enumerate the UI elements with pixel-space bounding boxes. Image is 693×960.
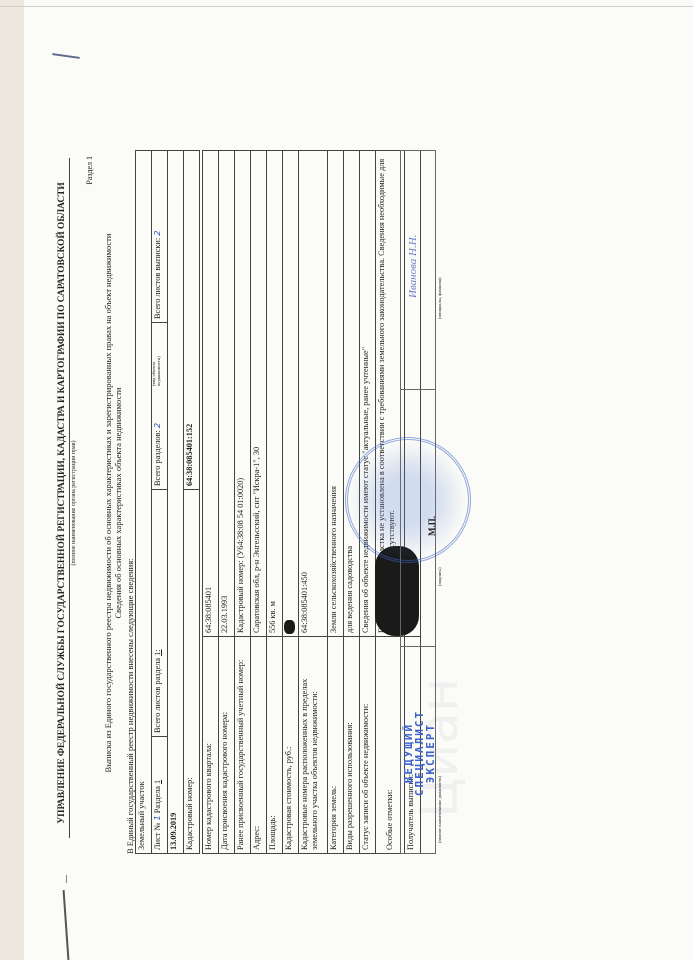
row-value: 64:38:085401:450 xyxy=(299,151,328,637)
row-value: для ведения садоводства xyxy=(344,151,360,637)
section-label: Раздела xyxy=(153,786,162,813)
extract-date: 13.09.2019 xyxy=(168,151,184,854)
sheets-in-section-label: Всего листов раздела xyxy=(153,658,162,733)
object-type: Земельный участок xyxy=(136,151,152,854)
sheets-total: Всего листов выписки: 2 xyxy=(152,151,168,323)
position-cell: ВЕДУЩИЙ СПЕЦИАЛИСТ ЭКСПЕРТ (полное наиме… xyxy=(401,647,436,854)
section-value: 1 xyxy=(153,780,162,784)
position-stamp: ВЕДУЩИЙ СПЕЦИАЛИСТ ЭКСПЕРТ xyxy=(403,683,436,823)
sections-total-value: 2 xyxy=(152,423,162,428)
cadastral-value-redacted xyxy=(283,151,299,637)
sheets-total-value: 2 xyxy=(152,230,162,235)
sheet-value: 1 xyxy=(152,815,162,820)
sheets-total-label: Всего листов выписки: xyxy=(153,238,162,319)
row-label: Номер кадастрового квартала: xyxy=(203,637,219,854)
row-label: Кадастровая стоимость, руб.: xyxy=(283,637,299,854)
table-row: Ранее присвоенный государственный учетны… xyxy=(235,151,251,854)
issuer-subtitle: (полное наименование органа регистрации … xyxy=(71,148,78,858)
scan-edge xyxy=(0,0,24,960)
row-value: Саратовская обл, р-н Энгельсский, снт "И… xyxy=(251,151,267,637)
sheets-in-section: Всего листов раздела 1: (вид объекта нед… xyxy=(152,490,168,737)
extract-subheading: Сведения об основных характеристиках объ… xyxy=(113,148,123,858)
signature-caption: (подпись) xyxy=(437,567,442,586)
sheet-info: Лист № 1 Раздела 1 xyxy=(152,737,168,854)
row-label: Площадь: xyxy=(267,637,283,854)
sections-total: Всего разделов: 2 xyxy=(152,323,168,490)
signer-name: Иванова Н.Н. xyxy=(407,235,420,298)
sections-total-label: Всего разделов: xyxy=(153,430,162,486)
scan-top-line xyxy=(0,6,693,7)
row-label: Кадастровые номера расположенных в преде… xyxy=(299,637,328,854)
row-value: 556 кв. м xyxy=(267,151,283,637)
extract-heading: Выписка из Единого государственного реес… xyxy=(103,148,113,858)
cadastral-number: 64:38:085401:152 xyxy=(184,151,200,490)
table-row: Номер кадастрового квартала:64:38:085401 xyxy=(203,151,219,854)
table-row: Адрес:Саратовская обл, р-н Энгельсский, … xyxy=(251,151,267,854)
row-value: 22.03.1993 xyxy=(219,151,235,637)
row-value: Кадастровый номер: (У64:38:08 54 01:0020… xyxy=(235,151,251,637)
row-label: Статус записи об объекте недвижимости: xyxy=(360,637,376,854)
sheets-in-section-value: 1: xyxy=(153,649,162,655)
row-label: Виды разрешенного использования: xyxy=(344,637,360,854)
position-caption: (полное наименование должности) xyxy=(437,776,442,843)
row-label: Категория земель: xyxy=(328,637,344,854)
name-caption: (инициалы, фамилия) xyxy=(437,278,442,320)
table-row: Кадастровые номера расположенных в преде… xyxy=(299,151,328,854)
row-label: Адрес: xyxy=(251,637,267,854)
extract-page: УПРАВЛЕНИЕ ФЕДЕРАЛЬНОЙ СЛУЖБЫ ГОСУДАРСТВ… xyxy=(55,148,485,858)
section-number: Раздел 1 xyxy=(85,156,95,185)
seal-label: М.П. xyxy=(427,516,438,536)
extract-intro: В Единый государственный реестр недвижим… xyxy=(125,559,135,855)
row-value: Сведения об объекте недвижимости имеют с… xyxy=(360,151,376,637)
title-rule xyxy=(69,158,70,838)
cadastral-label: Кадастровый номер: xyxy=(184,490,200,854)
row-label: Дата присвоения кадастрового номера: xyxy=(219,637,235,854)
row-label: Ранее присвоенный государственный учетны… xyxy=(235,637,251,854)
official-seal xyxy=(345,437,471,563)
issuer-title: УПРАВЛЕНИЕ ФЕДЕРАЛЬНОЙ СЛУЖБЫ ГОСУДАРСТВ… xyxy=(57,148,68,858)
pen-mark xyxy=(52,53,80,59)
row-value: Земли сельскохозяйственного назначения xyxy=(328,151,344,637)
table-row: Площадь:556 кв. м xyxy=(267,151,283,854)
table-row: Кадастровая стоимость, руб.: xyxy=(283,151,299,854)
row-value: 64:38:085401 xyxy=(203,151,219,637)
table-row: Категория земель:Земли сельскохозяйствен… xyxy=(328,151,344,854)
scan-dash xyxy=(66,875,67,883)
sheet-label: Лист № xyxy=(153,823,162,850)
object-type-note: (вид объекта недвижимости) xyxy=(151,356,162,386)
redaction-mark xyxy=(284,620,295,634)
stamp-line: ЭКСПЕРТ xyxy=(425,683,436,823)
table-row: Дата присвоения кадастрового номера:22.0… xyxy=(219,151,235,854)
scan-line xyxy=(63,890,70,960)
header-table: Земельный участок Лист № 1 Раздела 1 Все… xyxy=(135,150,200,854)
